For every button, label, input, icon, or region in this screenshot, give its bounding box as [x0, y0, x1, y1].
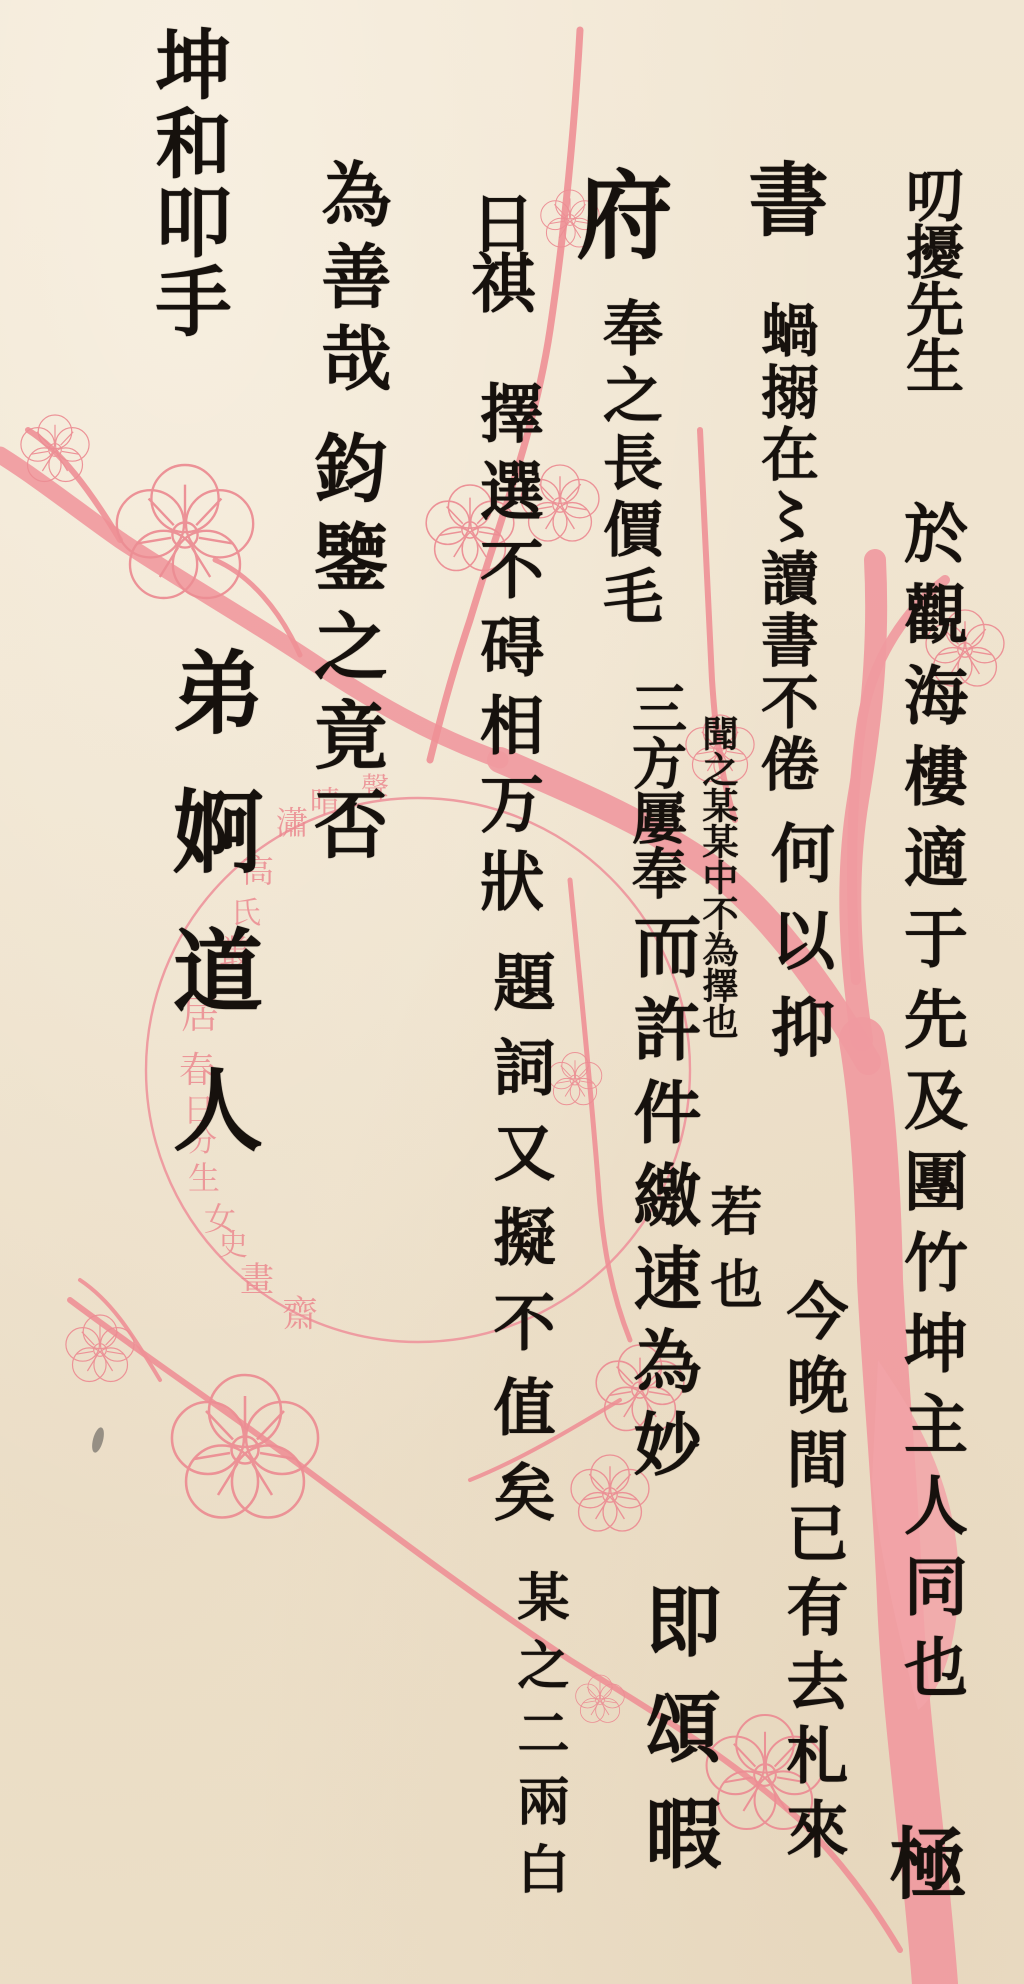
print-inscription-char: 畫	[240, 1263, 274, 1297]
print-inscription-char: 齋	[282, 1297, 318, 1333]
interlinear-text: 若也	[705, 1184, 757, 1330]
letter-text-raised: 書	[742, 158, 822, 238]
letter-text-segment: 鈞鑒之竟否	[308, 430, 382, 875]
letter-text-segment: 為善哉	[316, 158, 386, 404]
print-inscription-char: 史	[218, 1231, 248, 1261]
letter-page: 聲 晴 瀟 高 氏 叢 居 春 日 分 生 女 史 畫 齋 叨擾先生 於觀海樓適…	[0, 0, 1024, 1984]
paper-stain	[90, 1426, 106, 1454]
letter-closing: 即頌暇	[639, 1582, 715, 1900]
letter-text-segment: 何以抑	[765, 820, 829, 1081]
addressee-line: 坤和叩手	[149, 25, 225, 341]
letter-text-segment: 於觀海樓適于先及團竹坤主人同也	[898, 500, 962, 1715]
letter-text-segment: 奉之長價毛	[598, 297, 658, 632]
letter-text-segment: 擇選不碍相万狀	[474, 380, 538, 926]
letter-text-segment: 而許件繳速為妙	[628, 911, 696, 1492]
letter-text-segment: 某之二兩白	[512, 1570, 564, 1910]
signature: 弟婀道人	[165, 646, 255, 1202]
plum-blossom	[172, 1375, 318, 1518]
plum-blossom	[548, 1053, 602, 1105]
letter-text-segment: 三方屢奉	[628, 680, 683, 900]
letter-text-segment: 今晚間已有去札來	[781, 1279, 843, 1871]
letter-text-segment: 叨擾先生	[901, 165, 959, 393]
letter-text-segment: 蝸搦在〻讀書不倦	[756, 300, 814, 796]
interlinear-text: 聞之某某中不為擇也	[700, 715, 736, 1039]
letter-text-raised: 日祺	[465, 190, 529, 310]
plum-blossom	[576, 1675, 625, 1723]
letter-text-segment: 極	[882, 1823, 960, 1901]
letter-text-raised: 府	[569, 165, 665, 261]
letter-text-segment: 題詞又擬不值矣	[488, 950, 550, 1545]
